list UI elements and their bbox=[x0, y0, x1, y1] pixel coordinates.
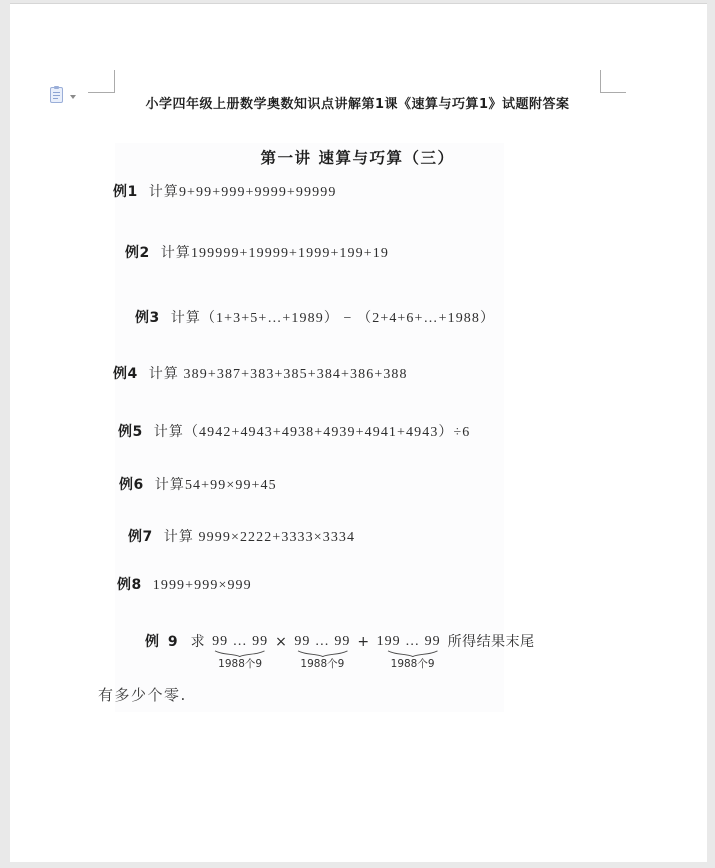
example-expression: 计算（4942+4943+4938+4939+4941+4943）÷6 bbox=[154, 425, 471, 440]
digit-count-label: 1988个9 bbox=[391, 658, 435, 670]
example-line-5: 例5计算（4942+4943+4938+4939+4941+4943）÷6 bbox=[118, 424, 470, 441]
underbrace-icon bbox=[297, 650, 349, 657]
dropdown-arrow-icon bbox=[70, 95, 76, 99]
example-label: 例 9 bbox=[145, 634, 180, 650]
example-line-6: 例6计算54+99×99+45 bbox=[119, 477, 277, 494]
example-label: 例2 bbox=[125, 245, 150, 261]
example-line-9: 例 9 求 99 … 99 1988个9 × 99 … 99 1988个9 + … bbox=[145, 634, 535, 670]
section-heading: 第一讲 速算与巧算（三） bbox=[114, 146, 601, 168]
braced-term-3: 1 99 … 99 1988个9 bbox=[377, 634, 441, 670]
underbrace-icon bbox=[214, 650, 266, 657]
term-digits: 99 … 99 bbox=[294, 634, 350, 650]
example9-tail: 所得结果末尾 bbox=[448, 634, 535, 650]
example-line-7: 例7计算 9999×2222+3333×3334 bbox=[128, 529, 355, 546]
example-label: 例7 bbox=[128, 529, 153, 545]
example-expression: 计算9+99+999+9999+99999 bbox=[149, 185, 337, 200]
margin-crop-mark-top-left bbox=[114, 70, 115, 93]
example-expression: 计算54+99×99+45 bbox=[155, 478, 277, 493]
example-expression: 计算 9999×2222+3333×3334 bbox=[164, 530, 355, 545]
term-prefix: 1 bbox=[377, 634, 385, 650]
example-label: 例4 bbox=[113, 366, 138, 382]
paste-options-button[interactable] bbox=[48, 86, 80, 108]
clipboard-icon bbox=[50, 87, 63, 103]
margin-crop-mark-top-left bbox=[88, 92, 115, 93]
margin-crop-mark-top-right bbox=[600, 92, 626, 93]
example-label: 例1 bbox=[113, 184, 138, 200]
example-line-2: 例2计算199999+19999+1999+199+19 bbox=[125, 245, 389, 262]
digit-count-label: 1988个9 bbox=[300, 658, 344, 670]
example-label: 例5 bbox=[118, 424, 143, 440]
example-expression: 计算199999+19999+1999+199+19 bbox=[161, 246, 389, 261]
example-label: 例6 bbox=[119, 477, 144, 493]
plus-operator: + bbox=[357, 634, 369, 650]
example-line-3: 例3计算（1+3+5+…+1989） − （2+4+6+…+1988） bbox=[135, 310, 495, 327]
multiply-operator: × bbox=[275, 634, 287, 650]
margin-crop-mark-top-right bbox=[600, 70, 601, 93]
example-line-1: 例1计算9+99+999+9999+99999 bbox=[113, 184, 336, 201]
document-title: 小学四年级上册数学奥数知识点讲解第1课《速算与巧算1》试题附答案 bbox=[114, 93, 601, 112]
underbrace-icon bbox=[387, 650, 439, 657]
example-label: 例3 bbox=[135, 310, 160, 326]
term-digits: 99 … 99 bbox=[385, 634, 441, 650]
document-viewer: { "document": { "title": "小学四年级上册数学奥数知识点… bbox=[0, 0, 715, 868]
braced-term-1: 99 … 99 1988个9 bbox=[212, 634, 268, 670]
braced-term-2: 99 … 99 1988个9 bbox=[294, 634, 350, 670]
example-line-8: 例81999+999×999 bbox=[117, 577, 252, 594]
example-expression: 计算 389+387+383+385+384+386+388 bbox=[149, 367, 408, 382]
digit-count-label: 1988个9 bbox=[218, 658, 262, 670]
example9-continuation: 有多少个零. bbox=[98, 684, 187, 705]
example-expression: 1999+999×999 bbox=[153, 578, 252, 593]
example9-lead: 求 bbox=[191, 634, 206, 650]
example-line-4: 例4计算 389+387+383+385+384+386+388 bbox=[113, 366, 408, 383]
example-label: 例8 bbox=[117, 577, 142, 593]
term-digits: 99 … 99 bbox=[212, 634, 268, 650]
example-expression: 计算（1+3+5+…+1989） − （2+4+6+…+1988） bbox=[171, 311, 495, 326]
